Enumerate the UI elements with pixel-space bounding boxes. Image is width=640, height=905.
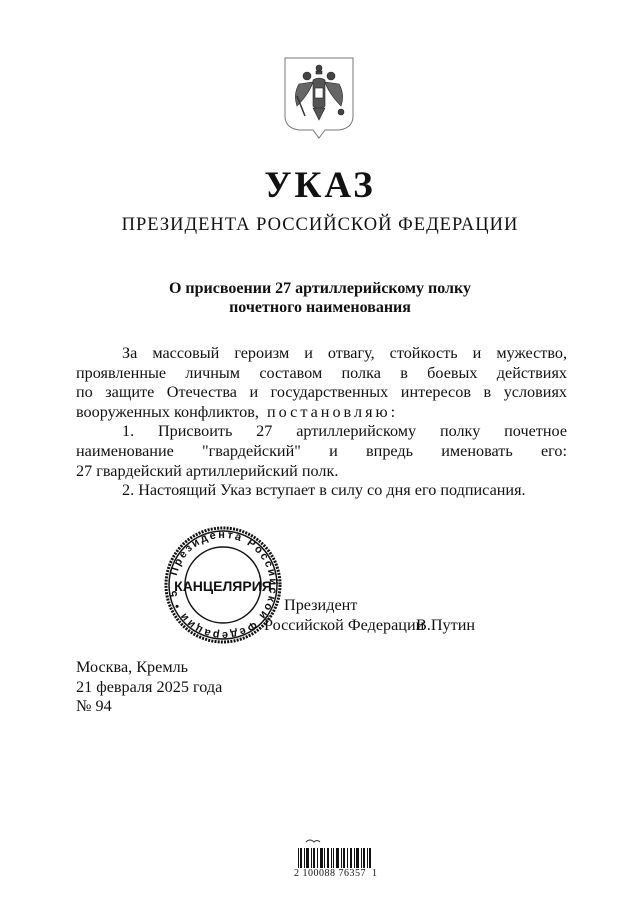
- decree-heading: О присвоении 27 артиллерийскому полку по…: [0, 279, 640, 317]
- item-1-line: 1. Присвоить 27 артиллерийскому полку по…: [76, 422, 567, 442]
- document-subtitle: ПРЕЗИДЕНТА РОССИЙСКОЙ ФЕДЕРАЦИИ: [0, 213, 640, 237]
- heading-line-1: О присвоении 27 артиллерийскому полку: [0, 279, 640, 298]
- item-1: 1. Присвоить 27 артиллерийскому полку по…: [76, 422, 567, 481]
- preamble-line: За массовый героизм и отвагу, стойкость …: [76, 344, 567, 364]
- item-1-line: наименование "гвардейский" и впредь имен…: [76, 442, 567, 462]
- place: Москва, Кремль: [76, 658, 222, 678]
- preamble-line: по защите Отечества и государственных ин…: [76, 383, 567, 403]
- signer-position-line-1: Президент: [284, 596, 357, 616]
- svg-text:КАНЦЕЛЯРИЯ: КАНЦЕЛЯРИЯ: [174, 578, 272, 594]
- item-1-line: 27 гвардейский артиллерийский полк.: [76, 462, 567, 482]
- signer-name: В.Путин: [416, 616, 475, 636]
- coat-of-arms-icon: [279, 54, 359, 140]
- barcode-digits: 2 100088 76357 1: [294, 868, 378, 879]
- preamble-line: проявленные личным составом полка в боев…: [76, 364, 567, 384]
- document-title: УКАЗ: [0, 164, 640, 208]
- decree-body: За массовый героизм и отвагу, стойкость …: [76, 344, 567, 501]
- preamble: За массовый героизм и отвагу, стойкость …: [76, 344, 567, 422]
- signer-position-line-2: Российской Федерации: [264, 616, 424, 636]
- place-and-date: Москва, Кремль 21 февраля 2025 года № 94: [76, 658, 222, 717]
- date: 21 февраля 2025 года: [76, 678, 222, 698]
- heading-line-2: почетного наименования: [0, 298, 640, 317]
- item-2-line: 2. Настоящий Указ вступает в силу со дня…: [76, 481, 567, 501]
- decree-number: № 94: [76, 697, 222, 717]
- decree-word: постановляю:: [267, 403, 398, 421]
- preamble-line-final: вооруженных конфликтов, постановляю:: [76, 403, 567, 423]
- item-2: 2. Настоящий Указ вступает в силу со дня…: [76, 481, 567, 501]
- barcode-icon: [296, 838, 376, 888]
